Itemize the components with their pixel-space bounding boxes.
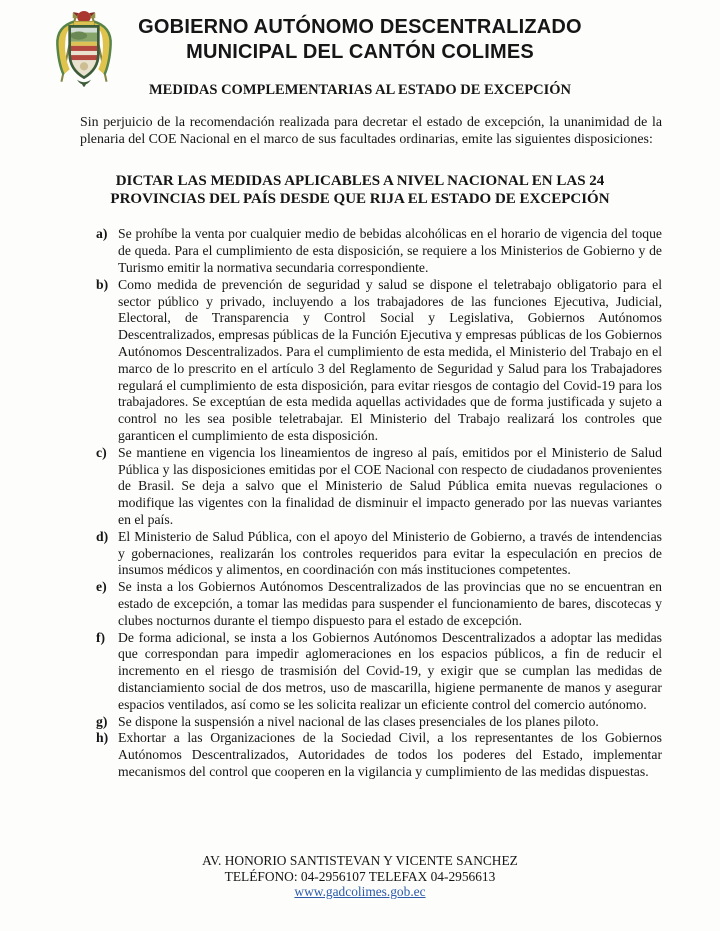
measure-item: a)Se prohíbe la venta por cualquier medi…: [80, 226, 662, 276]
document-page: GOBIERNO AUTÓNOMO DESCENTRALIZADO MUNICI…: [0, 0, 720, 931]
footer-phone: TELÉFONO: 04-2956107 TELEFAX 04-2956613: [0, 869, 720, 885]
measure-item: b)Como medida de prevención de seguridad…: [80, 277, 662, 445]
measure-text: Se mantiene en vigencia los lineamientos…: [118, 445, 662, 527]
measure-item: g)Se dispone la suspensión a nivel nacio…: [80, 714, 662, 731]
measure-label: a): [96, 226, 107, 243]
measure-text: De forma adicional, se insta a los Gobie…: [118, 630, 662, 712]
measure-text: Como medida de prevención de seguridad y…: [118, 277, 662, 443]
measure-text: Se insta a los Gobiernos Autónomos Desce…: [118, 579, 662, 628]
measure-item: f)De forma adicional, se insta a los Gob…: [80, 630, 662, 714]
footer-address: AV. HONORIO SANTISTEVAN Y VICENTE SANCHE…: [0, 853, 720, 869]
measure-text: Se dispone la suspensión a nivel naciona…: [118, 714, 599, 729]
measure-label: h): [96, 730, 108, 747]
measure-label: c): [96, 445, 107, 462]
measure-item: c)Se mantiene en vigencia los lineamient…: [80, 445, 662, 529]
document-header: GOBIERNO AUTÓNOMO DESCENTRALIZADO MUNICI…: [0, 0, 720, 99]
measure-text: Exhortar a las Organizaciones de la Soci…: [118, 730, 662, 779]
measure-text: El Ministerio de Salud Pública, con el a…: [118, 529, 662, 578]
measure-text: Se prohíbe la venta por cualquier medio …: [118, 226, 662, 275]
measure-item: e)Se insta a los Gobiernos Autónomos Des…: [80, 579, 662, 629]
measure-item: h)Exhortar a las Organizaciones de la So…: [80, 730, 662, 780]
measure-label: f): [96, 630, 105, 647]
website-link[interactable]: www.gadcolimes.gob.ec: [294, 884, 425, 899]
measures-list: a)Se prohíbe la venta por cualquier medi…: [80, 226, 662, 780]
measure-label: e): [96, 579, 107, 596]
measure-label: b): [96, 277, 108, 294]
coat-of-arms-icon: [48, 10, 120, 94]
section-heading: DICTAR LAS MEDIDAS APLICABLES A NIVEL NA…: [72, 173, 648, 208]
intro-paragraph: Sin perjuicio de la recomendación realiz…: [80, 114, 662, 148]
measure-label: d): [96, 529, 108, 546]
document-footer: AV. HONORIO SANTISTEVAN Y VICENTE SANCHE…: [0, 853, 720, 900]
measure-item: d)El Ministerio de Salud Pública, con el…: [80, 529, 662, 579]
measure-label: g): [96, 714, 107, 731]
